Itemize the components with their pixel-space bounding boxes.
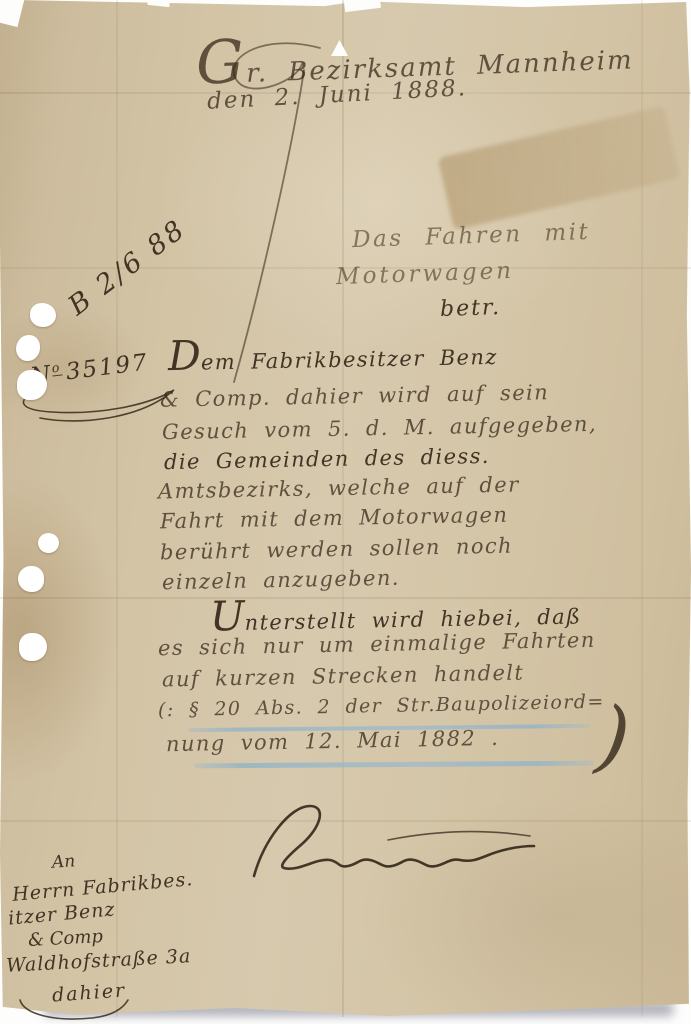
address-flourish: [14, 998, 134, 1024]
registry-number-sup: o: [51, 359, 63, 376]
subject-line-3: betr.: [440, 295, 502, 322]
header-initial-flourish: [200, 30, 360, 390]
address-line: An: [51, 851, 76, 873]
body-line: einzeln anzugeben.: [162, 566, 400, 595]
punch-hole: [38, 533, 59, 553]
fold-crease: [116, 0, 118, 1017]
punch-hole: [19, 633, 47, 661]
punch-hole: [18, 566, 44, 592]
punch-hole: [30, 303, 56, 327]
address-line: & Comp: [28, 926, 104, 951]
document-photo: Gr. Bezirksamt Mannheim den 2. Juni 1888…: [0, 0, 691, 1024]
punch-hole: [16, 335, 40, 361]
body-line: Dem Fabrikbesitzer Benz: [168, 335, 498, 375]
signature-scrawl: [238, 796, 548, 888]
